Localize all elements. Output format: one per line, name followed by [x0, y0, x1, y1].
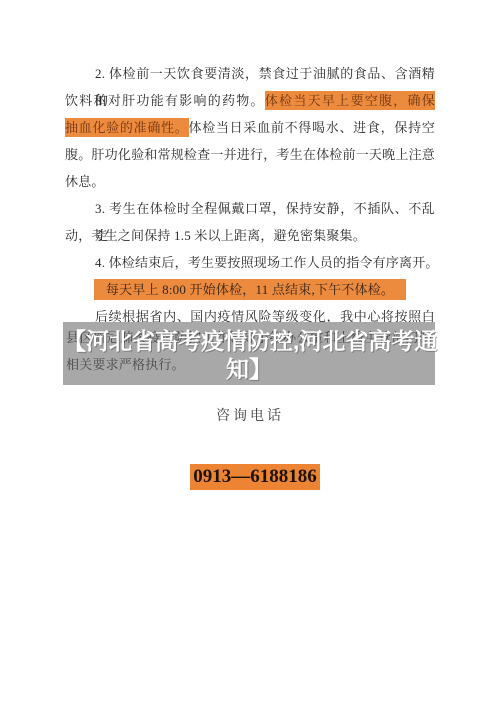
doc-line: 饮料和对肝功能有影响的药物。体检当天早上要空腹，确保 — [65, 87, 435, 114]
phone-number-highlight: 0913—6188186 — [190, 464, 320, 490]
doc-line: 动，考生之间保持 1.5 米以上距离，避免密集聚集。 — [65, 222, 435, 249]
doc-text: 4. 体检结束后，考生要按照现场工作人员的指令有序离开。 — [95, 255, 439, 270]
document-body: 2. 体检前一天饮食要清淡，禁食过于油腻的食品、含酒精的 饮料和对肝功能有影响的… — [65, 60, 435, 330]
highlighted-text: 抽血化验的准确性。 — [65, 118, 189, 137]
contact-phone-label: 咨询电话 — [0, 403, 500, 430]
doc-line: 休息。 — [65, 168, 435, 195]
title-line: 【河北省高考疫情防控,河北省高考通 — [63, 327, 435, 355]
doc-text: 动，考生之间保持 1.5 米以上距离，避免密集聚集。 — [65, 228, 366, 243]
doc-text: 体检当日采血前不得喝水、进食，保持空 — [189, 120, 435, 135]
doc-text: 休息。 — [65, 174, 105, 189]
doc-text: 腹。肝功化验和常规检查一并进行，考生在体检前一天晚上注意 — [65, 147, 435, 162]
doc-text: 饮料和对肝功能有影响的药物。 — [65, 93, 265, 108]
doc-line: 2. 体检前一天饮食要清淡，禁食过于油腻的食品、含酒精的 — [65, 60, 435, 87]
doc-line: 腹。肝功化验和常规检查一并进行，考生在体检前一天晚上注意 — [65, 141, 435, 168]
title-line: 知】 — [63, 355, 435, 383]
highlighted-text: 体检当天早上要空腹，确保 — [265, 91, 435, 110]
title-overlay-band: 县区新冠肺炎疫情防控工作领导小组办公室和上级主管部门的 相关要求严格执行。 【河… — [63, 322, 435, 385]
document-page: 2. 体检前一天饮食要清淡，禁食过于油腻的食品、含酒精的 饮料和对肝功能有影响的… — [0, 0, 500, 707]
doc-line: 每天早上 8:00 开始体检，11 点结束,下午不体检。 — [65, 276, 435, 303]
doc-line: 4. 体检结束后，考生要按照现场工作人员的指令有序离开。 — [65, 249, 435, 276]
doc-line: 抽血化验的准确性。体检当日采血前不得喝水、进食，保持空 — [65, 114, 435, 141]
article-title-overlay: 【河北省高考疫情防控,河北省高考通 知】 — [63, 327, 435, 383]
schedule-highlight-banner: 每天早上 8:00 开始体检，11 点结束,下午不体检。 — [94, 279, 406, 300]
doc-line: 3. 考生在体检时全程佩戴口罩，保持安静，不插队、不乱走 — [65, 195, 435, 222]
